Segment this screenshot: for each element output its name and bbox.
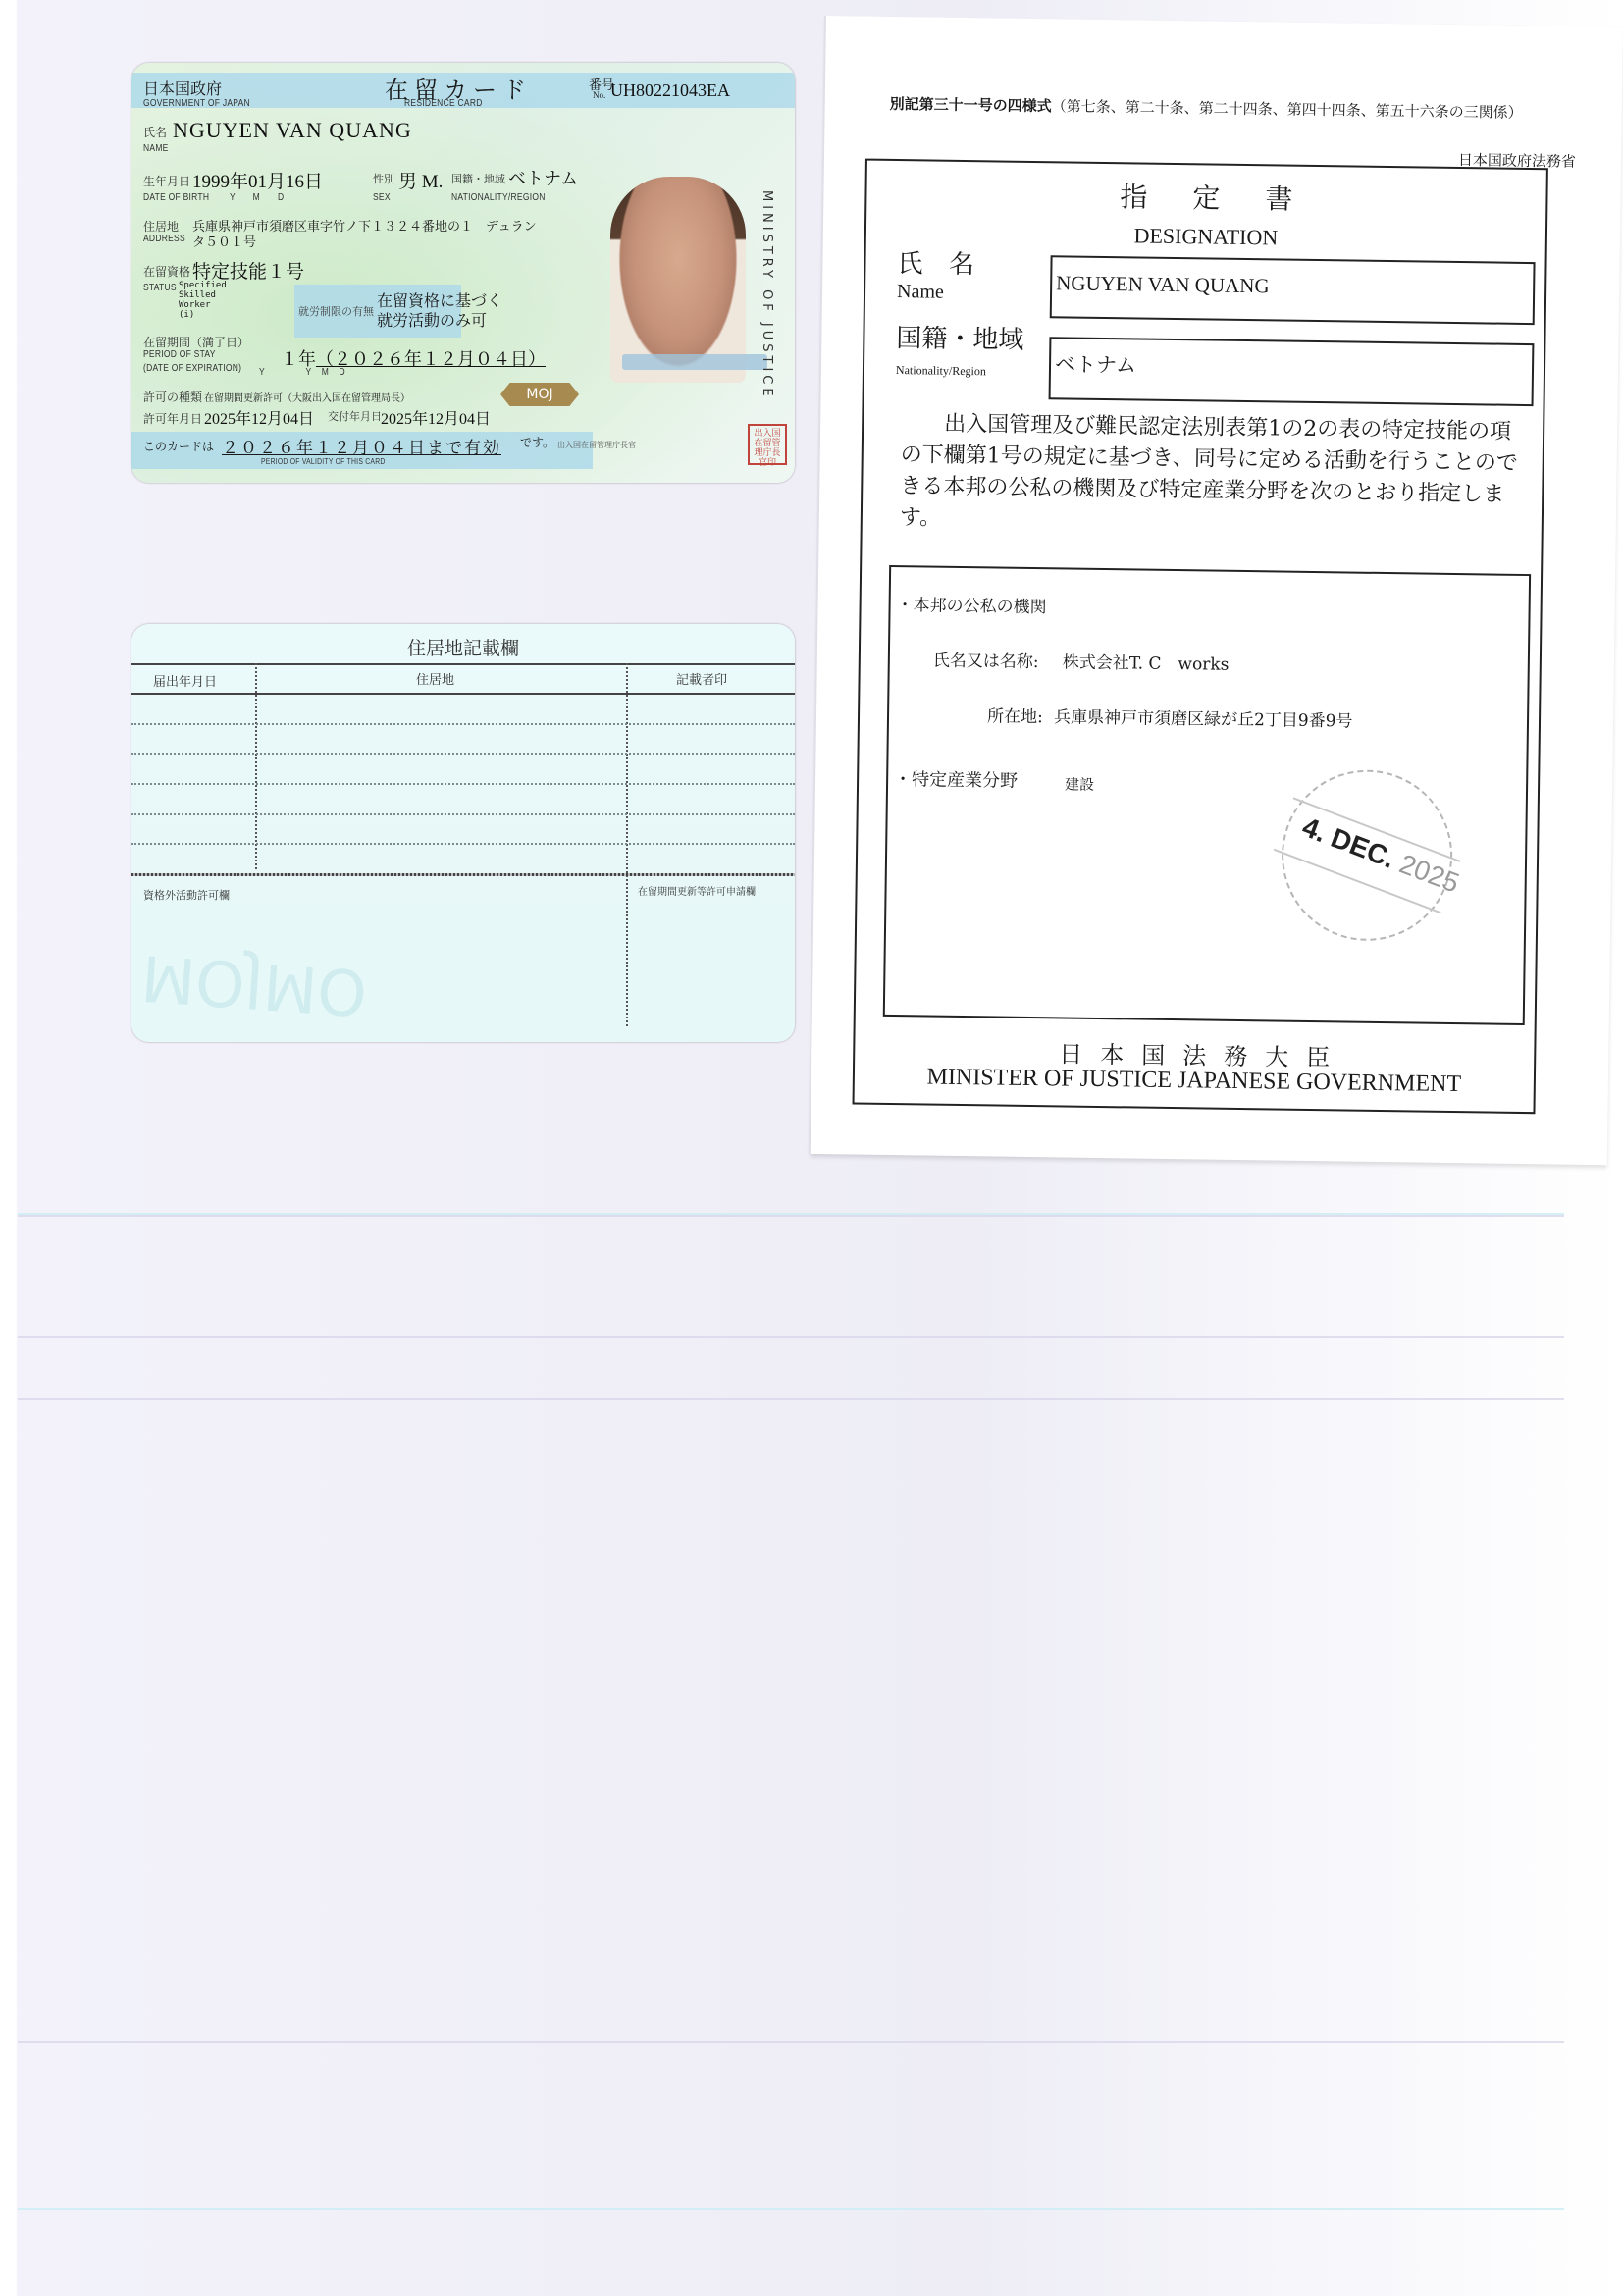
date-stamp-icon: 4. DEC. 2025	[1257, 746, 1477, 965]
address-label-en: ADDRESS	[143, 234, 185, 244]
column-divider	[255, 663, 257, 869]
nationality-value: ベトナム	[508, 165, 578, 190]
organization-name: 株式会社T. C works	[1063, 648, 1230, 674]
work-restriction-label: 就労制限の有無	[298, 303, 374, 319]
column-address: 住居地	[416, 669, 454, 688]
organization-address: 兵庫県神戸市須磨区緑が丘2丁目9番9号	[1054, 703, 1353, 731]
designated-organization-box: ・本邦の公私の機関 氏名又は名称: 株式会社T. C works 所在地: 兵庫…	[883, 565, 1531, 1025]
header-rule	[131, 663, 795, 665]
name-label-en: Name	[897, 281, 944, 304]
validity-prefix: このカードは	[143, 438, 214, 454]
address-row-divider	[131, 723, 795, 725]
status-label-jp: 在留資格	[143, 263, 190, 280]
nationality-label-jp: 国籍・地域	[896, 318, 1024, 356]
form-number: 別記第三十一号の四様式（第七条、第二十条、第二十四条、第四十四条、第五十六条の三…	[890, 93, 1523, 123]
section-divider	[131, 873, 795, 876]
work-restriction-line2: 就労活動のみ可	[377, 308, 487, 331]
residence-card-front: 日本国政府 GOVERNMENT OF JAPAN 在留カード RESIDENC…	[131, 63, 795, 483]
expiration-label-en: (DATE OF EXPIRATION)	[143, 363, 241, 374]
permit-date-label: 許可年月日	[143, 410, 202, 427]
dob-value: 1999年01月16日	[192, 167, 323, 193]
name-label-jp: 氏 名	[897, 243, 984, 281]
residence-card-back: MOJMO 住居地記載欄 届出年月日 住居地 記載者印 資格外活動許可欄 在留期…	[131, 624, 795, 1042]
scan-streak	[18, 1398, 1564, 1400]
permit-type-label: 許可の種類	[143, 389, 202, 405]
address-row-divider	[131, 813, 795, 815]
extra-activity-label: 資格外活動許可欄	[143, 887, 230, 903]
validity-date: ２０２６年１２月０４日まで有効	[222, 434, 501, 458]
nationality-label-en: NATIONALITY/REGION	[451, 192, 546, 203]
address-row-divider	[131, 783, 795, 785]
holder-name: NGUYEN VAN QUANG	[173, 118, 412, 143]
column-report-date: 届出年月日	[153, 671, 217, 690]
issue-date-label: 交付年月日	[328, 408, 382, 424]
government-jp: 日本国政府	[143, 77, 222, 99]
official-seal-icon: 出入国在留管理庁長官印	[748, 424, 787, 465]
designation-frame: 指定書 DESIGNATION 氏 名 Name NGUYEN VAN QUAN…	[853, 159, 1548, 1115]
status-value-en: Specified Skilled Worker (i)	[179, 281, 227, 320]
card-title-en: RESIDENCE CARD	[404, 98, 483, 109]
validity-label-en: PERIOD OF VALIDITY OF THIS CARD	[261, 457, 386, 466]
address-row-divider	[131, 753, 795, 755]
status-value-jp: 特定技能１号	[192, 257, 304, 284]
industry-field-value: 建設	[1065, 773, 1094, 794]
dob-ymd: Y M D	[230, 192, 284, 203]
sex-label-en: SEX	[373, 192, 391, 203]
dob-label-en: DATE OF BIRTH	[143, 192, 209, 203]
ministry-of-justice-vertical: MINISTRY OF JUSTICE	[759, 190, 774, 400]
permit-type-value: 在留期間更新許可（大阪出入国在留管理局長）	[204, 390, 410, 404]
name-label-en: NAME	[143, 143, 169, 154]
nationality-label-en: Nationality/Region	[896, 363, 986, 379]
back-title: 住居地記載欄	[131, 634, 795, 660]
validity-suffix: です。	[520, 434, 554, 450]
photo-security-strip	[622, 354, 767, 370]
period-label-en: PERIOD OF STAY	[143, 349, 216, 360]
scan-streak	[18, 1213, 1564, 1215]
header-rule-bottom	[131, 693, 795, 695]
issuer-text: 出入国在留管理庁長官	[557, 440, 636, 450]
expiration-date: （２０２６年１２月０４日）	[316, 345, 546, 371]
scan-streak	[18, 2041, 1564, 2043]
designation-document: 別記第三十一号の四様式（第七条、第二十条、第二十四条、第四十四条、第五十六条の三…	[811, 16, 1623, 1165]
card-number: UH80221043EA	[610, 80, 730, 101]
address-row-divider	[131, 843, 795, 845]
organization-heading: ・本邦の公私の機関	[896, 591, 1046, 617]
moj-badge: MOJ	[500, 383, 579, 406]
scan-streak	[18, 1336, 1564, 1338]
period-ymd: Y Y M D	[259, 367, 345, 378]
issue-date: 2025年12月04日	[381, 406, 491, 429]
period-label-jp: 在留期間（満了日）	[143, 334, 249, 350]
sex-value: 男 M.	[398, 167, 443, 193]
sex-label-jp: 性別	[373, 171, 394, 186]
cardholder-photo	[610, 177, 746, 383]
status-label-en: STATUS	[143, 283, 177, 293]
watermark: MOJMO	[139, 940, 370, 1028]
address-line2: タ５０１号	[192, 232, 256, 250]
government-en: GOVERNMENT OF JAPAN	[143, 98, 250, 109]
permit-date: 2025年12月04日	[204, 406, 314, 429]
number-label-en: No.	[593, 90, 605, 100]
industry-field-heading: ・特定産業分野	[894, 765, 1018, 793]
name-label-jp: 氏名	[143, 124, 167, 140]
column-recorder-seal: 記載者印	[676, 669, 727, 688]
address-label-jp: 住居地	[143, 218, 179, 235]
name-field: NGUYEN VAN QUANG	[1050, 255, 1536, 325]
designation-statement: 出入国管理及び難民認定法別表第1の2の表の特定技能の項の下欄第1号の規定に基づき…	[900, 408, 1530, 543]
nationality-label-jp: 国籍・地域	[451, 171, 505, 186]
nationality-field: ベトナム	[1049, 337, 1535, 406]
organization-address-label: 所在地:	[987, 702, 1043, 727]
title-jp: 指定書	[866, 173, 1545, 222]
renewal-application-label: 在留期間更新等許可申請欄	[638, 883, 756, 898]
organization-name-label: 氏名又は名称:	[933, 647, 1039, 673]
scan-streak	[18, 2208, 1564, 2210]
dob-label-jp: 生年月日	[143, 173, 190, 189]
scan-streak	[18, 1215, 1564, 1217]
